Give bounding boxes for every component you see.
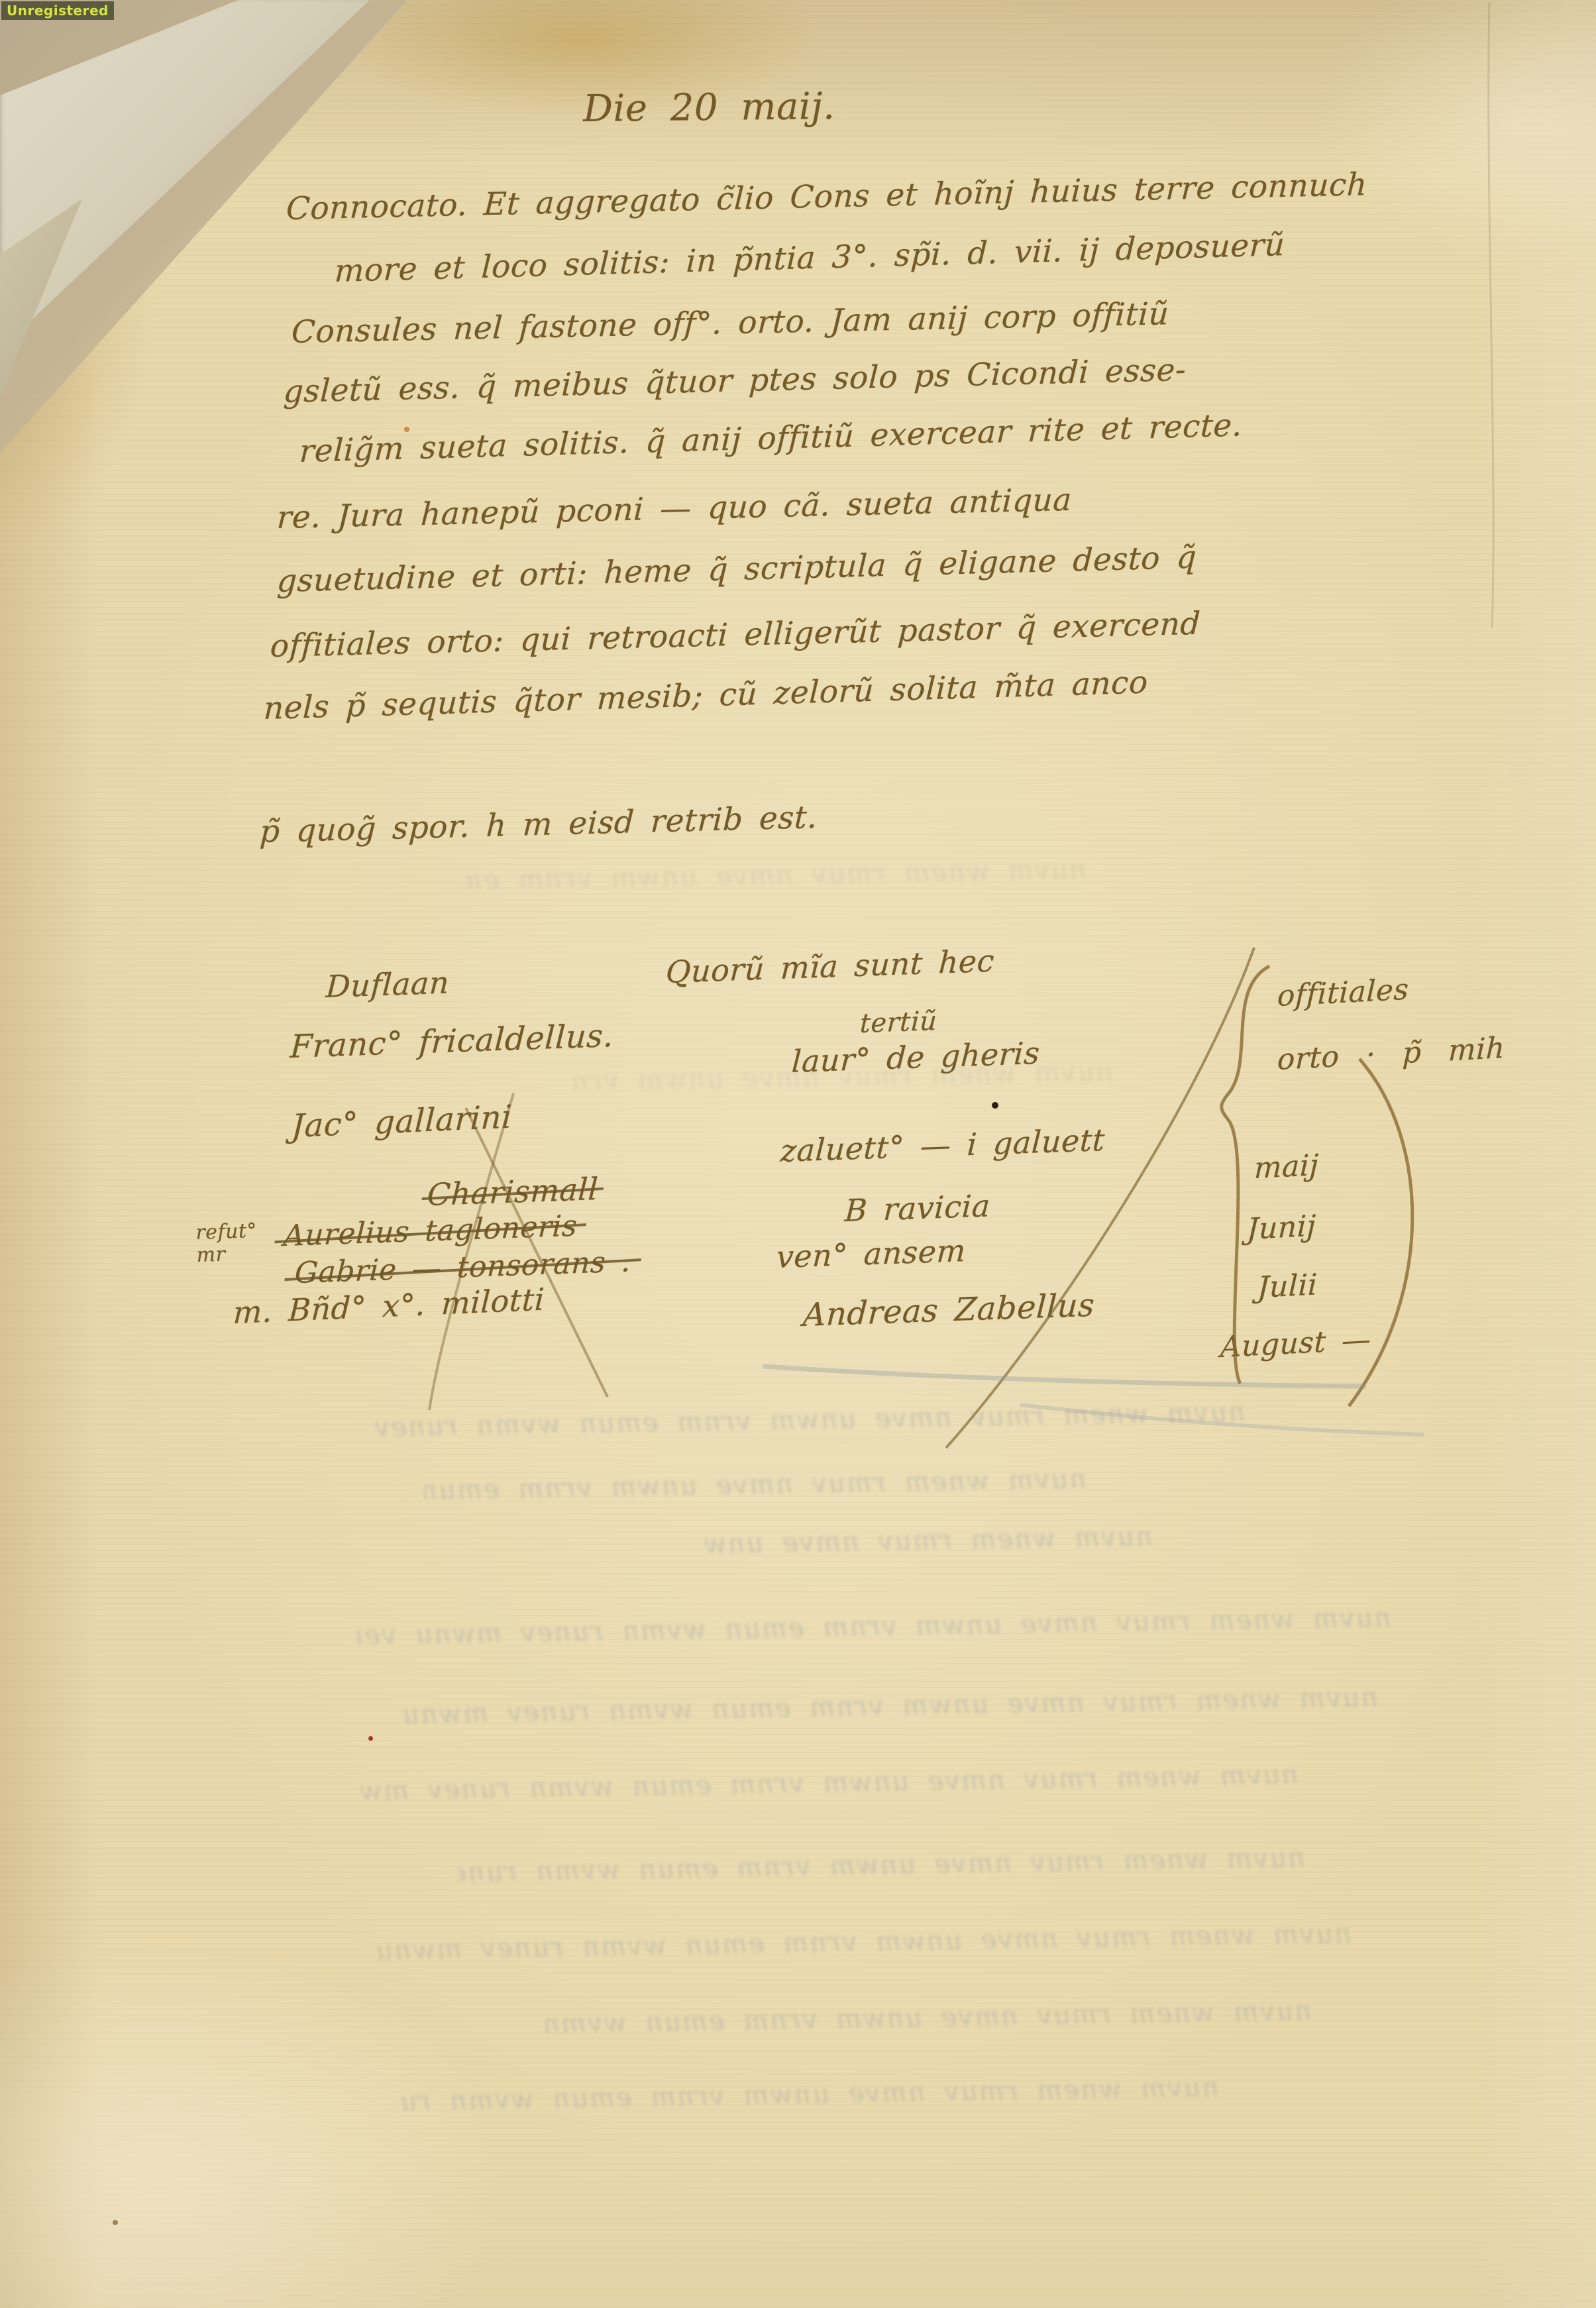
officials-label: orto · p̃ mih [1277,1031,1505,1077]
heading-date: Die 20 maij. [583,85,835,131]
minutes-line: p̃ quog̃ spor. h m eisd retrib est. [259,799,818,850]
paper-crease [1489,3,1493,628]
month-label: maij [1253,1148,1319,1185]
foxing-speck [368,1736,373,1741]
roster-middle-subheader: tertiũ [859,1006,938,1039]
roster-name: Franc° fricaldellus. [290,1017,615,1066]
minutes-line: Connocato. Et aggregato c̃lio Cons et ho… [286,166,1368,227]
minutes-line: more et loco solitis: in p̃ntia 3°. sp̃i… [334,227,1286,290]
manuscript-page: Unregistered Die 20 maij. Connocato. Et … [0,0,1596,2308]
bleed-through-line: nuvm wnem rmuv nmve unwm vrnm emun wvmn … [371,1397,1246,1443]
month-label: August — [1220,1323,1371,1364]
minutes-line: gsletũ ess. q̃ meibus q̃tuor ptes solo p… [283,352,1187,410]
scan-watermark: Unregistered [1,1,114,20]
minutes-line: gsuetudine et orti: heme q̃ scriptula q̃… [276,539,1198,600]
roster-name-struck: Charismall [427,1171,600,1213]
bleed-through-line: nuvm wnem rmuv nmve unwm vrnm emun wvmn … [384,1682,1379,1730]
ink-speck [992,1102,998,1109]
bleed-through-line: nuvm wnem rmuv nmve unwm vrnm emun wvmn … [464,855,1087,896]
minutes-line: nels p̃ sequtis q̃tor mesib; cũ zelorũ s… [263,664,1149,727]
officials-label: offitiales [1277,973,1409,1014]
roster-name: B ravicia [844,1187,992,1229]
bleed-through-line: nuvm wnem rmuv nmve unwm vrnm emun wvmn … [358,1602,1392,1651]
bleed-through-line: nuvm wnem rmuv nmve unwm vrnm emun wvmn … [457,1843,1306,1888]
bleed-through-line: nuvm wnem rmuv nmve unwm vrnm emun wvmn … [358,1760,1299,1807]
roster-name-struck: Aurelius tagloneris [283,1209,578,1253]
roster-name: ven° ansem [776,1233,967,1275]
roster-name: Jac° gallarini [291,1098,513,1145]
pencil-underline [763,1366,1366,1386]
roster-middle-header: Quorũ mĩa sunt hec [665,943,996,990]
roster-name: m. Bñd° x°. milotti [233,1281,545,1331]
bleed-through-line: nuvm wnem rmuv nmve unwm vrnm emun wvmn … [702,1521,1153,1560]
foxing-speck [404,427,409,432]
roster-left-header: Duflaan [325,964,451,1005]
margin-note-line: mr [196,1242,258,1267]
month-label: Julii [1257,1268,1318,1305]
pen-stroke [946,948,1254,1448]
margin-note-line: refut° [195,1220,258,1244]
minutes-line: Consules nel fastone off°. orto. Jam ani… [291,296,1170,351]
margin-note: refut° mr [195,1220,258,1267]
bleed-through-line: nuvm wnem rmuv nmve unwm vrnm emun wvmn … [570,1057,1114,1097]
roster-name-struck: Gabrie — tonsorans . [294,1244,632,1290]
bleed-through-line: nuvm wnem rmuv nmve unwm vrnm emun wvmn … [530,1996,1312,2040]
bleed-through-line: nuvm wnem rmuv nmve unwm vrnm emun wvmn … [371,1918,1352,1966]
bleed-through-line: nuvm wnem rmuv nmve unwm vrnm emun wvmn … [424,1464,1087,1506]
month-label: Junij [1246,1209,1316,1246]
foxing-speck [113,2220,118,2225]
minutes-line: relig̃m sueta solitis. q̃ anij offitiũ e… [299,407,1243,470]
bleed-through-line: nuvm wnem rmuv nmve unwm vrnm emun wvmn … [398,2072,1220,2117]
minutes-line: re. Jura hanepũ pconi — quo cã. sueta an… [276,482,1073,536]
roster-name: zaluett° — i galuett [780,1122,1106,1169]
minutes-line: offitiales orto: qui retroacti elligerũt… [270,606,1202,665]
roster-name: Andreas Zabellus [802,1287,1096,1335]
